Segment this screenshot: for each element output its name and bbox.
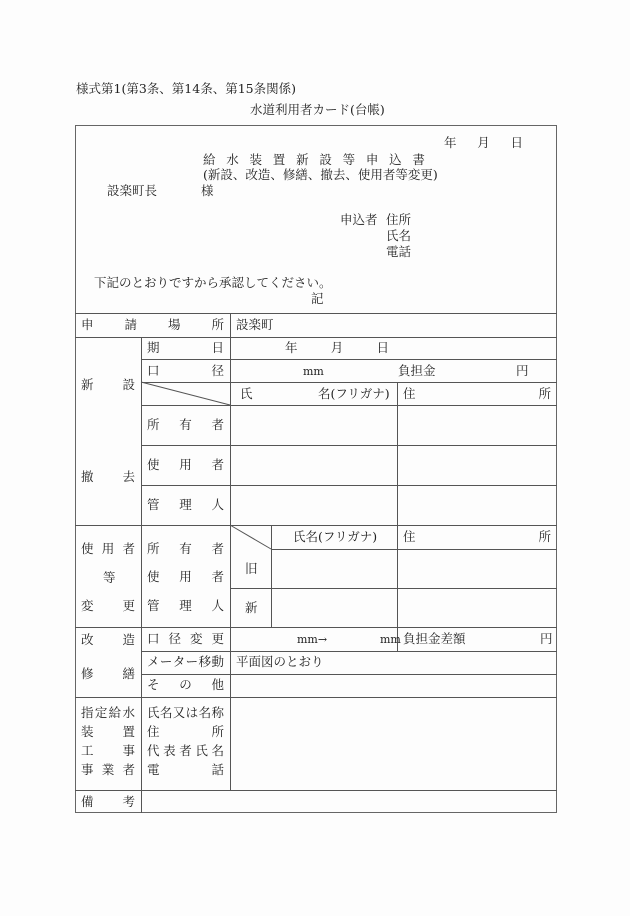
contractor-address-label: 住所 [147, 726, 224, 739]
install-date-field[interactable]: 年 月 日 [285, 342, 389, 355]
remarks-label: 備考 [81, 796, 135, 809]
burden-label: 負担金 [398, 365, 436, 378]
card-title: 水道利用者カード(台帳) [250, 104, 385, 117]
burden-diff-unit: 円 [540, 633, 553, 646]
applicant-name-label: 氏名 [386, 230, 411, 243]
ki-label: 記 [311, 293, 324, 306]
diagonal-divider [141, 382, 230, 405]
remarks-field[interactable] [147, 792, 552, 811]
year-label: 年 [444, 137, 457, 150]
addressee: 設楽町長 [107, 185, 157, 198]
month-label: 月 [477, 137, 490, 150]
contractor-group-line4: 事業者 [81, 764, 135, 777]
burden-diff-label: 負担金差額 [403, 633, 466, 646]
contractor-group-line3: 工事 [81, 745, 135, 758]
applicant-phone-label: 電話 [386, 246, 411, 259]
location-value[interactable]: 設楽町 [236, 319, 274, 332]
form-title: 給水装置新設等申込書 [203, 154, 425, 167]
applicant-address-label: 住所 [386, 214, 411, 227]
role-user: 使用者 [147, 459, 224, 472]
change-role-user: 使用者 [147, 571, 224, 584]
role-manager: 管理人 [147, 499, 224, 512]
meter-move-value[interactable]: 平面図のとおり [236, 656, 324, 669]
contractor-group-line1: 指定給水 [81, 707, 135, 720]
diameter-label: 口径 [147, 365, 224, 378]
name-header-left: 氏 [240, 388, 253, 401]
date-label: 期日 [147, 342, 224, 355]
diameter-to-unit: mm [380, 634, 401, 645]
contractor-name-label: 氏名又は名称 [147, 707, 224, 720]
diameter-from-unit: mm→ [297, 634, 327, 645]
change-name-header: 氏名(フリガナ) [293, 531, 377, 544]
burden-unit: 円 [516, 365, 529, 378]
change-address-header: 住所 [403, 531, 551, 544]
form-number: 様式第1(第3条、第14条、第15条関係) [76, 83, 296, 96]
honorific: 様 [201, 185, 214, 198]
location-label: 申請場所 [81, 319, 224, 332]
applicant-label: 申込者 [340, 214, 378, 227]
new-install-group-label: 新設 [81, 379, 135, 392]
new-label: 新 [245, 602, 258, 615]
role-owner: 所有者 [147, 419, 224, 432]
user-change-group-line1: 使用者 [81, 543, 135, 556]
change-role-manager: 管理人 [147, 600, 224, 613]
removal-group-label: 撤去 [81, 471, 135, 484]
contractor-representative-label: 代表者氏名 [147, 745, 224, 758]
modification-group-label: 改造 [81, 634, 135, 647]
diameter-unit: mm [303, 366, 324, 377]
day-label: 日 [510, 137, 523, 150]
address-header: 住所 [403, 388, 551, 401]
contractor-phone-label: 電話 [147, 764, 224, 777]
form-subtitle: (新設、改造、修繕、撤去、使用者等変更) [203, 169, 438, 182]
name-header-right: 名(フリガナ) [318, 388, 390, 401]
user-change-group-line3: 変更 [81, 600, 135, 613]
application-date: 年 月 日 [444, 137, 523, 150]
request-text: 下記のとおりですから承認してください。 [94, 277, 332, 290]
other-label: その他 [147, 679, 224, 692]
diameter-change-label: 口径変更 [147, 633, 224, 646]
contractor-group-line2: 装置 [81, 726, 135, 739]
change-role-owner: 所有者 [147, 543, 224, 556]
diagonal-divider [230, 525, 271, 549]
repair-group-label: 修繕 [81, 668, 135, 681]
old-label: 旧 [245, 563, 258, 576]
meter-move-label: メーター移動 [147, 656, 224, 669]
user-change-group-line2: 等 [103, 572, 116, 585]
